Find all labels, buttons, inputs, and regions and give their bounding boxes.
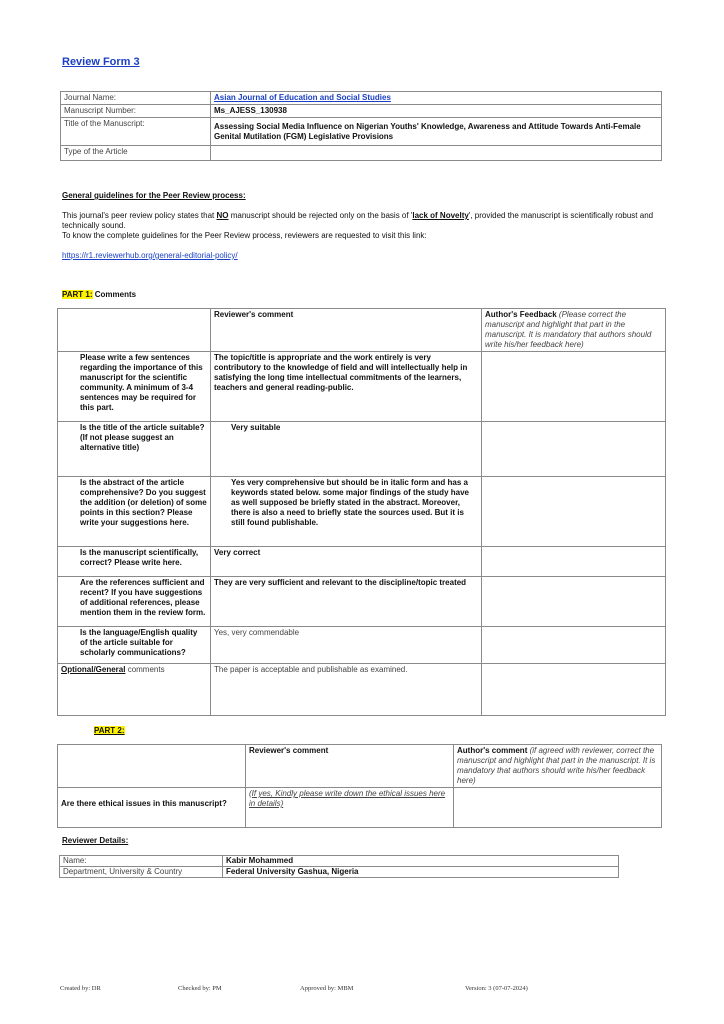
- table-row: Are the references sufficient and recent…: [58, 577, 666, 627]
- table-row: Is the manuscript scientifically, correc…: [58, 547, 666, 577]
- table-row: Manuscript Number: Ms_AJESS_130938: [61, 105, 662, 118]
- feedback-abstract[interactable]: [482, 477, 666, 547]
- part2-author-comment-header: Author's comment (if agreed with reviewe…: [454, 745, 662, 788]
- feedback-scientific[interactable]: [482, 547, 666, 577]
- article-type-value[interactable]: [211, 146, 662, 161]
- footer-checked-by: Checked by: PM: [178, 985, 222, 993]
- table-row: Is the abstract of the article comprehen…: [58, 477, 666, 547]
- optional-label-emphasis: Optional/General: [61, 665, 125, 674]
- table-row: Please write a few sentences regarding t…: [58, 352, 666, 422]
- guidelines-policy-text: This journal's peer review policy states…: [62, 211, 672, 231]
- reviewer-comment-header: Reviewer's comment: [211, 309, 482, 352]
- question-importance: Please write a few sentences regarding t…: [58, 352, 211, 422]
- optional-comments-label: Optional/General comments: [58, 664, 211, 716]
- footer-created-by: Created by: DR: [60, 985, 101, 993]
- reviewer-name-label: Name:: [60, 856, 223, 867]
- article-type-label: Type of the Article: [61, 146, 211, 161]
- part1-comments-table: Reviewer's comment Author's Feedback (Pl…: [57, 308, 666, 716]
- comment-title-suitable[interactable]: Very suitable: [211, 422, 482, 477]
- policy-text-a: This journal's peer review policy states…: [62, 211, 216, 220]
- comment-abstract[interactable]: Yes very comprehensive but should be in …: [211, 477, 482, 547]
- question-references: Are the references sufficient and recent…: [58, 577, 211, 627]
- reviewer-affiliation-label: Department, University & Country: [60, 867, 223, 878]
- table-row: Title of the Manuscript: Assessing Socia…: [61, 118, 662, 146]
- policy-text-b: manuscript should be rejected only on th…: [228, 211, 412, 220]
- part1-label: PART 1: Comments: [62, 290, 136, 300]
- comment-language[interactable]: Yes, very commendable: [211, 627, 482, 664]
- question-abstract: Is the abstract of the article comprehen…: [58, 477, 211, 547]
- empty-header-cell: [58, 745, 246, 788]
- feedback-importance[interactable]: [482, 352, 666, 422]
- part1-label-highlight: PART 1:: [62, 290, 93, 299]
- table-header-row: Reviewer's comment Author's Feedback (Pl…: [58, 309, 666, 352]
- manuscript-number-value: Ms_AJESS_130938: [211, 105, 662, 118]
- part2-label-highlight: PART 2:: [94, 726, 125, 735]
- policy-no-emphasis: NO: [216, 211, 228, 220]
- optional-feedback[interactable]: [482, 664, 666, 716]
- table-row: Is the title of the article suitable? (I…: [58, 422, 666, 477]
- feedback-language[interactable]: [482, 627, 666, 664]
- reviewer-details-heading: Reviewer Details:: [62, 836, 128, 846]
- optional-label-rest: comments: [125, 665, 164, 674]
- table-row: Optional/General comments The paper is a…: [58, 664, 666, 716]
- part2-reviewer-comment-header: Reviewer's comment: [246, 745, 454, 788]
- footer-approved-by: Approved by: MBM: [300, 985, 353, 993]
- ethical-issues-author-comment[interactable]: [454, 788, 662, 828]
- reviewer-name-value: Kabir Mohammed: [223, 856, 619, 867]
- table-header-row: Reviewer's comment Author's comment (if …: [58, 745, 662, 788]
- policy-novelty-emphasis: lack of Novelty: [412, 211, 468, 220]
- question-scientific: Is the manuscript scientifically, correc…: [58, 547, 211, 577]
- feedback-references[interactable]: [482, 577, 666, 627]
- feedback-title-suitable[interactable]: [482, 422, 666, 477]
- table-row: Are there ethical issues in this manuscr…: [58, 788, 662, 828]
- author-feedback-header-bold: Author's Feedback: [485, 310, 557, 319]
- guidelines-heading: General guidelines for the Peer Review p…: [62, 191, 246, 201]
- journal-name-label: Journal Name:: [61, 92, 211, 105]
- journal-name-link[interactable]: Asian Journal of Education and Social St…: [214, 93, 391, 102]
- optional-comment[interactable]: The paper is acceptable and publishable …: [211, 664, 482, 716]
- manuscript-info-table: Journal Name: Asian Journal of Education…: [60, 91, 662, 161]
- part2-label: PART 2:: [94, 726, 125, 736]
- table-row: Is the language/English quality of the a…: [58, 627, 666, 664]
- table-row: Journal Name: Asian Journal of Education…: [61, 92, 662, 105]
- reviewer-affiliation-value: Federal University Gashua, Nigeria: [223, 867, 619, 878]
- part2-ethics-table: Reviewer's comment Author's comment (if …: [57, 744, 662, 828]
- manuscript-title-label: Title of the Manuscript:: [61, 118, 211, 146]
- comment-references[interactable]: They are very sufficient and relevant to…: [211, 577, 482, 627]
- comment-importance[interactable]: The topic/title is appropriate and the w…: [211, 352, 482, 422]
- manuscript-title-value: Assessing Social Media Influence on Nige…: [211, 118, 662, 146]
- editorial-policy-link[interactable]: https://r1.reviewerhub.org/general-edito…: [62, 251, 238, 261]
- form-title[interactable]: Review Form 3: [62, 56, 140, 70]
- empty-header-cell: [58, 309, 211, 352]
- part1-label-rest: Comments: [93, 290, 137, 299]
- table-row: Name: Kabir Mohammed: [60, 856, 619, 867]
- question-language: Is the language/English quality of the a…: [58, 627, 211, 664]
- author-feedback-header: Author's Feedback (Please correct the ma…: [482, 309, 666, 352]
- table-row: Department, University & Country Federal…: [60, 867, 619, 878]
- guidelines-visit-text: To know the complete guidelines for the …: [62, 231, 427, 241]
- comment-scientific[interactable]: Very correct: [211, 547, 482, 577]
- ethical-issues-question: Are there ethical issues in this manuscr…: [58, 788, 246, 828]
- footer-version: Version: 3 (07-07-2024): [465, 985, 528, 993]
- question-title-suitable: Is the title of the article suitable? (I…: [58, 422, 211, 477]
- document-footer: Created by: DR Checked by: PM Approved b…: [0, 985, 724, 995]
- part2-author-header-bold: Author's comment: [457, 746, 527, 755]
- table-row: Type of the Article: [61, 146, 662, 161]
- reviewer-details-table: Name: Kabir Mohammed Department, Univers…: [59, 855, 619, 878]
- ethical-issues-comment[interactable]: (If yes, Kindly please write down the et…: [246, 788, 454, 828]
- manuscript-number-label: Manuscript Number:: [61, 105, 211, 118]
